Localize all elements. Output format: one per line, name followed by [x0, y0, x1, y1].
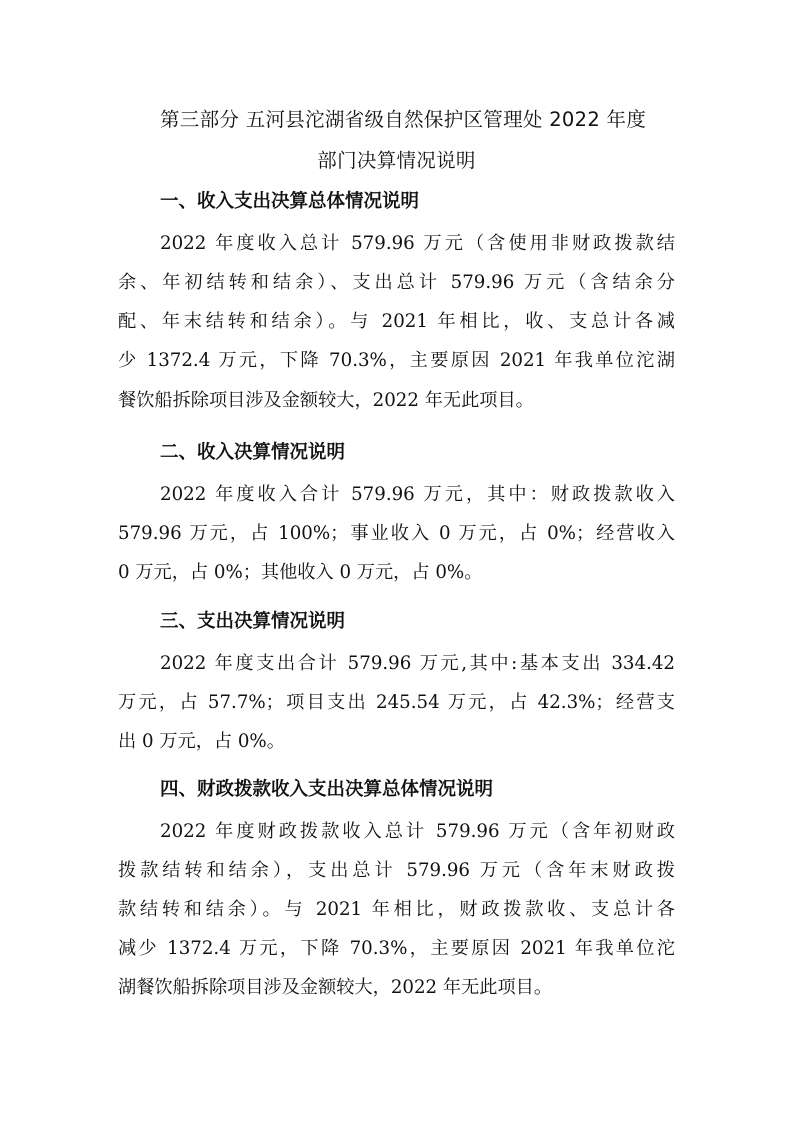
paragraph-line: 湖餐饮船拆除项目涉及金额较大，2022 年无此项目。: [118, 973, 675, 999]
section-heading-1: 一、收入支出决算总体情况说明: [160, 187, 419, 213]
paragraph-line: 0 万元，占 0%；其他收入 0 万元，占 0%。: [118, 558, 675, 584]
paragraph-line: 少 1372.4 万元，下降 70.3%，主要原因 2021 年我单位沱湖: [118, 346, 675, 372]
paragraph-line: 万元，占 57.7%；项目支出 245.54 万元，占 42.3%；经营支: [118, 688, 675, 714]
paragraph-line: 余、年初结转和结余）、支出总计 579.96 万元（含结余分: [118, 268, 675, 294]
document-title-line-2: 部门决算情况说明: [118, 145, 675, 173]
paragraph-line: 款结转和结余）。与 2021 年相比，财政拨款收、支总计各: [118, 895, 675, 921]
paragraph-line: 579.96 万元，占 100%；事业收入 0 万元，占 0%；经营收入: [118, 519, 675, 545]
paragraph-line: 配、年末结转和结余）。与 2021 年相比，收、支总计各减: [118, 307, 675, 333]
paragraph-line: 2022 年度收入合计 579.96 万元，其中：财政拨款收入: [160, 480, 675, 506]
paragraph-line: 2022 年度财政拨款收入总计 579.96 万元（含年初财政: [160, 817, 675, 843]
paragraph-line: 2022 年度支出合计 579.96 万元,其中:基本支出 334.42: [160, 649, 675, 675]
paragraph-line: 拨款结转和结余），支出总计 579.96 万元（含年末财政拨: [118, 856, 675, 882]
paragraph-line: 2022 年度收入总计 579.96 万元（含使用非财政拨款结: [160, 229, 675, 255]
paragraph-line: 减少 1372.4 万元，下降 70.3%，主要原因 2021 年我单位沱: [118, 934, 675, 960]
document-title-line-1: 第三部分 五河县沱湖省级自然保护区管理处 2022 年度: [160, 104, 680, 132]
section-heading-4: 四、财政拨款收入支出决算总体情况说明: [160, 775, 493, 801]
section-heading-2: 二、收入决算情况说明: [160, 438, 345, 464]
section-heading-3: 三、支出决算情况说明: [160, 607, 345, 633]
paragraph-line: 餐饮船拆除项目涉及金额较大，2022 年无此项目。: [118, 386, 675, 412]
document-page: 第三部分 五河县沱湖省级自然保护区管理处 2022 年度 部门决算情况说明 一、…: [0, 0, 793, 1122]
paragraph-line: 出 0 万元，占 0%。: [118, 727, 675, 753]
